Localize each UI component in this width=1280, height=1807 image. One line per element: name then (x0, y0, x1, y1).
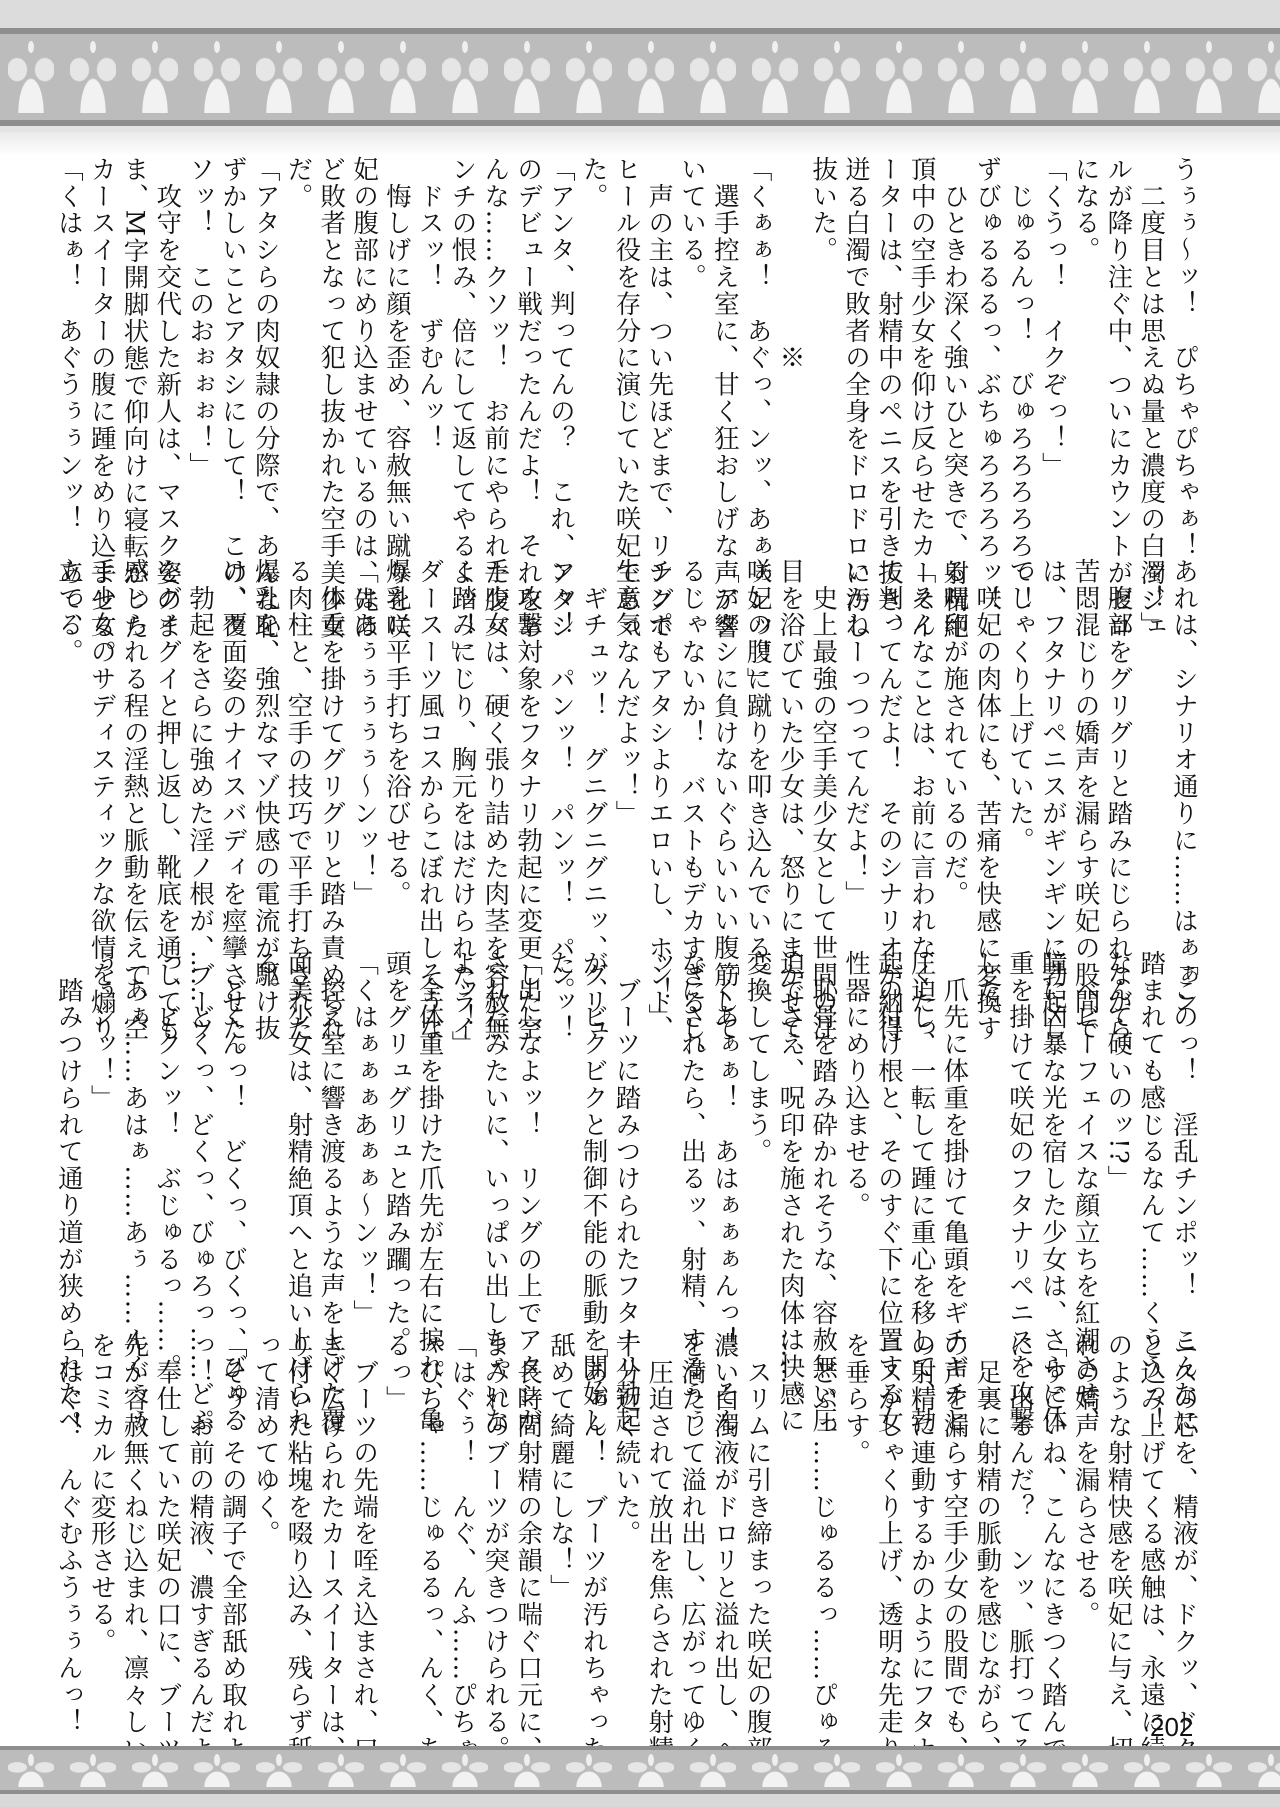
ornamental-border-top (0, 0, 1280, 132)
ornament-motif-icon (744, 1752, 806, 1790)
text-column: 咲妃の腹に蹴りを叩き込んでいる。 (741, 558, 774, 953)
ornament-motif-icon (186, 36, 248, 120)
text-column: 「そんなことは、お前に言われなくたっ (905, 558, 938, 953)
text-column: 圧迫し、一転して踵に重心を移して、勃 (905, 950, 938, 1335)
text-column: 声の主は、つい先ほどまで、リングで (642, 156, 675, 541)
ornament-motif-icon (1178, 1752, 1240, 1790)
text-column: した。 (970, 950, 1003, 1335)
text-column: ドスッ！ ずむんッ！ (413, 156, 446, 541)
ornament-motif-icon (1178, 36, 1240, 120)
text-column: 生意気なんだよッ！」 (610, 558, 643, 953)
text-column: 抜いた。 (806, 156, 839, 541)
text-column: 目を浴びていた少女は、怒りにまかせて、 (774, 558, 807, 953)
text-column: た。 (544, 950, 577, 1335)
text-column: ひときわ深く強いひと突きで、射精絶 (938, 156, 971, 541)
ornament-motif-icon (1116, 36, 1178, 120)
ornament-motif-icon (744, 36, 806, 120)
text-column: てしゃくり上げていた。 (1003, 558, 1036, 953)
ornament-motif-icon (930, 1752, 992, 1790)
page-number: 202 (1150, 1712, 1193, 1743)
ornament-motif-icon (372, 1752, 434, 1790)
text-column: あれは、シナリオ通りに……はぁぁン (1167, 558, 1200, 953)
ornament-pattern-top (0, 36, 1280, 120)
text-column: うぅぅ〜ッ！ ぴちゃぴちゃぁ！ (1167, 156, 1200, 541)
ornament-motif-icon (0, 36, 62, 120)
ornament-motif-icon (558, 36, 620, 120)
ornament-motif-icon (496, 1752, 558, 1790)
ornament-motif-icon (434, 36, 496, 120)
text-column: 「このっ！ 淫乱チンポッ！ こんなに (1167, 950, 1200, 1335)
text-column: 「すごいね、こんなにきつく踏んでるの (1036, 1332, 1069, 1717)
text-column: ルが降り注ぐ中、ついにカウントがゼロ (1102, 156, 1135, 541)
text-column: っ、ビクンッ！ ぶじゅるっ……。 (151, 950, 184, 1335)
ornament-motif-icon (558, 1752, 620, 1790)
text-column: ッ！」 (1134, 558, 1167, 953)
text-column: 選手控え室に、甘く狂おしげな声が響 (708, 156, 741, 541)
text-column: に、出るんだ？ ンッ、脈打ってる……」 (1003, 1332, 1036, 1717)
ornament-motif-icon (248, 36, 310, 120)
text-column: る肉柱と、空手の技巧で平手打ちされた (282, 558, 315, 953)
text-column: 迫でさえ、呪印を施された肉体は快感に (774, 950, 807, 1335)
text-column: 恥骨を踏み砕かれそうな、容赦無い圧 (806, 950, 839, 1335)
text-column: きく広げられたカースイーターは、こび (314, 1332, 347, 1717)
text-band-4: ニスの芯を、精液が、ドクッ、ドクッ、と込み上げてくる感触は、永遠に続くかのような… (52, 1332, 1200, 1717)
text-column: のような射精快感を咲妃に与え、切れ切 (1102, 1332, 1135, 1717)
text-column: 「あぁん！ ブーツが汚れちゃった…… (577, 1332, 610, 1717)
ornament-motif-icon (248, 1752, 310, 1790)
text-column: 「くぁぁ！ あぐっ、ンッ、あぁぁンッ！」 (741, 156, 774, 541)
ornament-motif-icon (434, 1752, 496, 1790)
text-column: ずびゅるるるっ、ぶちゅろろろろッ！ (970, 156, 1003, 541)
text-column: 史上最強の空手美少女として世間の注 (806, 558, 839, 953)
text-column: ま、M字開脚状態で仰向けに寝転がった (118, 156, 151, 541)
text-column: 重を掛けて咲妃のフタナリペニスを攻撃 (1003, 950, 1036, 1335)
text-band-2: あれは、シナリオ通りに……はぁぁンッ！」 腹部をグリグリと踏みにじられながら、苦… (52, 558, 1200, 953)
ornament-motif-icon (806, 1752, 868, 1790)
ornament-motif-icon (868, 1752, 930, 1790)
text-column: ど敗者となって犯し抜かれた空手美少女 (314, 156, 347, 541)
text-column: り付いた粘塊を啜り込み、残らず舐め取 (282, 1332, 315, 1717)
text-column: るじゃないか！ バストもデカすぎるし、 (675, 558, 708, 953)
text-column: ニスの芯を、精液が、ドクッ、ドクッ、 (1167, 1332, 1200, 1717)
text-column: ンッ！ パンッ！ パンッ！ パンッ！ (544, 558, 577, 953)
ornament-motif-icon (682, 1752, 744, 1790)
text-column: 瞳に凶暴な光を宿した少女は、さらに体 (1036, 950, 1069, 1335)
text-column: ダースーツ風コスからこぼれ出しそうな (413, 558, 446, 953)
text-column: なにされたら、出るッ、射精、するうぅ (675, 950, 708, 1335)
text-column: 「くはぁ！ あぐうぅぅンッ！ あっ、 (52, 156, 85, 541)
text-column: け、覆面姿のナイスバディを痙攣させた。 (216, 558, 249, 953)
ornament-motif-icon (62, 36, 124, 120)
ornament-motif-icon (186, 1752, 248, 1790)
ornament-motif-icon (62, 1752, 124, 1790)
text-column: 「くあぁぁ！ あはぁぁぁんっ！ そん (708, 950, 741, 1335)
text-column: る呪印が施されているのだ。 (938, 558, 971, 953)
ornament-motif-icon (0, 1752, 62, 1790)
text-column: ……。 (774, 1332, 807, 1717)
text-column: ニスがしゃくり上げ、透明な先走りの汁 (872, 1332, 905, 1717)
text-column: 攻守を交代した新人は、マスク姿のま (151, 156, 184, 541)
text-column: っ！ お前の精液、濃すぎるんだよッ！」 (183, 1332, 216, 1717)
text-column: 足裏に射精の脈動を感じながら、興奮 (970, 1332, 1003, 1717)
text-column: 十分近く続いた。 (610, 1332, 643, 1717)
text-column: 「出しなよッ！ リングの上でアタシが (511, 950, 544, 1335)
text-column: 感じられる程の淫熱と脈動を伝えて、空 (118, 558, 151, 953)
text-column: どぷっ……じゅるるっ……ぴゅるるっ (806, 1332, 839, 1717)
text-column: スリムに引き締まった咲妃の腹部に、 (741, 1332, 774, 1717)
text-column: ずかしいことアタシにして！ この、ク (216, 156, 249, 541)
text-column: んな……クソッ！ お前にやられた腹パ (478, 156, 511, 541)
text-column: を垂らす。 (839, 1332, 872, 1717)
text-column: 勃起をさらに強めた淫ノ根が、ブーツ (183, 558, 216, 953)
text-column: 苦悶混じりの嬌声を漏らす咲妃の股間で (1069, 558, 1102, 953)
text-column: るっ」 (380, 1332, 413, 1717)
ornament-motif-icon (992, 1752, 1054, 1790)
text-column: まみれのブーツが突きつけられる。 (478, 1332, 511, 1717)
text-column: 爆乳を、強烈なマゾ快感の電流が駆け抜 (249, 558, 282, 953)
text-column: 爆乳に平手打ちを浴びせる。 (380, 558, 413, 953)
text-column: ブーツの先端を咥え込まされ、口を大 (347, 1332, 380, 1717)
ornament-motif-icon (930, 36, 992, 120)
ornament-motif-icon (124, 36, 186, 120)
ornamental-border-bottom (0, 1746, 1280, 1807)
text-column: ※ (774, 156, 807, 541)
text-column: だ。 (282, 156, 315, 541)
ornament-motif-icon (372, 36, 434, 120)
text-column: いている。 (675, 156, 708, 541)
text-column: ベビーフェイスな顔立ちを紅潮させ、 (1069, 950, 1102, 1335)
text-column: をグイグイと押し返し、靴底を通しても (151, 558, 184, 953)
ornament-motif-icon (310, 36, 372, 120)
text-column: 「はぐぅ！ んぐ、んふ……ぴちゃぴち (446, 1332, 479, 1717)
ornament-motif-icon (868, 36, 930, 120)
text-column: る。 (249, 950, 282, 1335)
text-column: 爪先に体重を掛けて亀頭をギチギチと (938, 950, 971, 1335)
text-column: 「アタシに負けないぐらいいい腹筋して (708, 558, 741, 953)
ornament-motif-icon (310, 1752, 372, 1790)
text-column: 「アタシらの肉奴隷の分際で、あんな恥 (249, 156, 282, 541)
text-column: 控え室に響き渡るような声を上げた覆 (314, 950, 347, 1335)
text-column: 面美少女は、射精絶頂へと追い上げられ (282, 950, 315, 1335)
ornament-pattern-bottom (0, 1752, 1280, 1790)
text-column: は、フタナリペニスがギンギンに勃起し (1036, 558, 1069, 953)
text-column: のデビュー戦だったんだよ！ それをあ (511, 156, 544, 541)
ornament-motif-icon (620, 36, 682, 120)
text-column: 「そう、その調子で全部舐め取れよな (216, 1332, 249, 1717)
text-column: 舐めて綺麗にしな！」 (544, 1332, 577, 1717)
text-column: になる。 (1069, 156, 1102, 541)
text-column: 二度目とは思えぬ量と濃度の白濁ジェ (1134, 156, 1167, 541)
text-column: カースイーターの腹に踵をめり込ませる。 (85, 156, 118, 541)
text-column: ンチの恨み、倍にして返してやるよッ！」 (446, 156, 479, 541)
ornament-motif-icon (124, 1752, 186, 1790)
text-column: ソッ！ このおぉぉぉ！」 (183, 156, 216, 541)
text-column: の射精に連動するかのようにフタナリペ (905, 1332, 938, 1717)
text-column: じゅるんっ！ びゅろろろろろっ！ (1003, 156, 1036, 541)
text-column: 腹部をグリグリと踏みにじられながら、 (1102, 558, 1135, 953)
text-column: 咲妃の肉体にも、苦痛を快感に変換す (970, 558, 1003, 953)
ornament-motif-icon (1054, 1752, 1116, 1790)
text-column: ギチュッ！ グニグニグニッ、グリュ (577, 558, 610, 953)
text-column: ーターは、射精中のペニスを引き抜き、 (872, 156, 905, 541)
text-column: 奉仕していた咲妃の口に、ブーツの爪 (151, 1332, 184, 1717)
text-column: ッ！」 (642, 950, 675, 1335)
text-column: の声を漏らす空手少女の股間でも、咲妃 (938, 1332, 971, 1717)
text-column: 「あぁ……あはぁ……あぅ……んくぅぅ (118, 950, 151, 1335)
text-column: されたみたいに、いっぱい出しちゃいな (478, 950, 511, 1335)
text-column: ……どくっ、どくっ、びゅろっ……どぷ (183, 950, 216, 1335)
border-shadow (0, 126, 1280, 156)
text-column: チンポもアタシよりエロいし、ホント、 (642, 558, 675, 953)
text-column: を満たして溢れ出し、広がってゆく。 (675, 1332, 708, 1717)
text-column: ブーツに踏みつけられたフタナリ勃起 (610, 950, 643, 1335)
text-column: 起の付け根と、そのすぐ下に位置する女 (872, 950, 905, 1335)
text-column: 「はぐ！ んぐむふうぅぅんっ！ じゅ (52, 1332, 85, 1717)
text-column: が、ビクビクと制御不能の脈動を開始し (577, 950, 610, 1335)
text-column: 性器にめり込ませる。 (839, 950, 872, 1335)
text-column: 迸る白濁で敗者の全身をドロドロに汚し (839, 156, 872, 541)
text-column: なんて硬いのッ!?」 (1102, 950, 1135, 1335)
text-column: 変換してしまう。 (741, 950, 774, 1335)
text-column: ヒール役を存分に演じていた咲妃であっ (610, 156, 643, 541)
text-column: 「はあぅぅぅぅぅ〜ンッ！」 (347, 558, 380, 953)
ornament-motif-icon (682, 36, 744, 120)
text-column: 全体重を掛けた爪先が左右に捩れ、亀 (413, 950, 446, 1335)
text-column: 妃の腹部にめり込ませているのは、先ほ (347, 156, 380, 541)
text-column: いかねーっつってんだよ！」 (839, 558, 872, 953)
ornament-motif-icon (496, 36, 558, 120)
ornament-motif-icon (1240, 36, 1280, 120)
text-column: て判ってんだよ！ そのシナリオが納得 (872, 558, 905, 953)
text-column: 頭をグリュグリュと踏み躙った。 (380, 950, 413, 1335)
text-column: 悔しげに顔を歪め、容赦無い蹴りを咲 (380, 156, 413, 541)
text-column: どくんっ！ どくっ、びくっ、びゅる (216, 950, 249, 1335)
text-column: た。 (577, 156, 610, 541)
ornament-motif-icon (1054, 36, 1116, 120)
text-column: 踏みつけられて通り道が狭められたペ (52, 950, 85, 1335)
ornament-motif-icon (806, 36, 868, 120)
text-band-3: 「このっ！ 淫乱チンポッ！ こんなに踏まれても感じるなんて……くううっ！なんて硬… (52, 950, 1200, 1335)
text-column: ゃぴちゃ……じゅるるっ、んく、ちゅる (413, 1332, 446, 1717)
text-column: 圧迫されて放出を焦らされた射精は、 (642, 1332, 675, 1717)
ornament-motif-icon (1116, 1752, 1178, 1790)
text-column: 先が容赦無くねじ込まれ、凛々しい美貌 (118, 1332, 151, 1717)
text-column: く踏みにじり、胸元をはだけられたライ (446, 558, 479, 953)
text-column: 手少女のサディスティックな欲情を煽り (85, 558, 118, 953)
text-column: と込み上げてくる感触は、永遠に続くか (1134, 1332, 1167, 1717)
text-column: をコミカルに変形させる。 (85, 1332, 118, 1717)
text-column: 「アンタ、判ってんの？ これ、アタシ (544, 156, 577, 541)
text-column: 長時間射精の余韻に喘ぐ口元に、精液 (511, 1332, 544, 1717)
text-column: 踏まれても感じるなんて……くううっ！ (1134, 950, 1167, 1335)
text-column: 攻撃対象をフタナリ勃起に変更した空 (511, 558, 544, 953)
text-column: 頂中の空手少女を仰け反らせたカースイ (905, 156, 938, 541)
text-column: 濃い白濁液がドロリと溢れ出し、へそ穴 (708, 1332, 741, 1717)
text-column: 「くはぁぁぁあぁぁ〜ンッ！」 (347, 950, 380, 1335)
text-column: れの嬌声を漏らさせる。 (1069, 1332, 1102, 1717)
text-column: 手少女は、硬く張り詰めた肉茎を容赦無 (478, 558, 511, 953)
ornament-motif-icon (992, 36, 1054, 120)
text-column: 「くうっ！ イクぞっ！」 (1036, 156, 1069, 541)
text-column: よッ！」 (446, 950, 479, 1335)
ornament-motif-icon (1240, 1752, 1280, 1790)
ornament-motif-icon (620, 1752, 682, 1790)
text-band-1: うぅぅ〜ッ！ ぴちゃぴちゃぁ！ 二度目とは思えぬ量と濃度の白濁ジェルが降り注ぐ中… (52, 156, 1200, 541)
text-column: って清めてゆく。 (249, 1332, 282, 1717)
text-column: 体重を掛けてグリグリと踏み責められ (314, 558, 347, 953)
text-column: ぅぅンッ！」 (85, 950, 118, 1335)
text-column: 立てる。 (52, 558, 85, 953)
